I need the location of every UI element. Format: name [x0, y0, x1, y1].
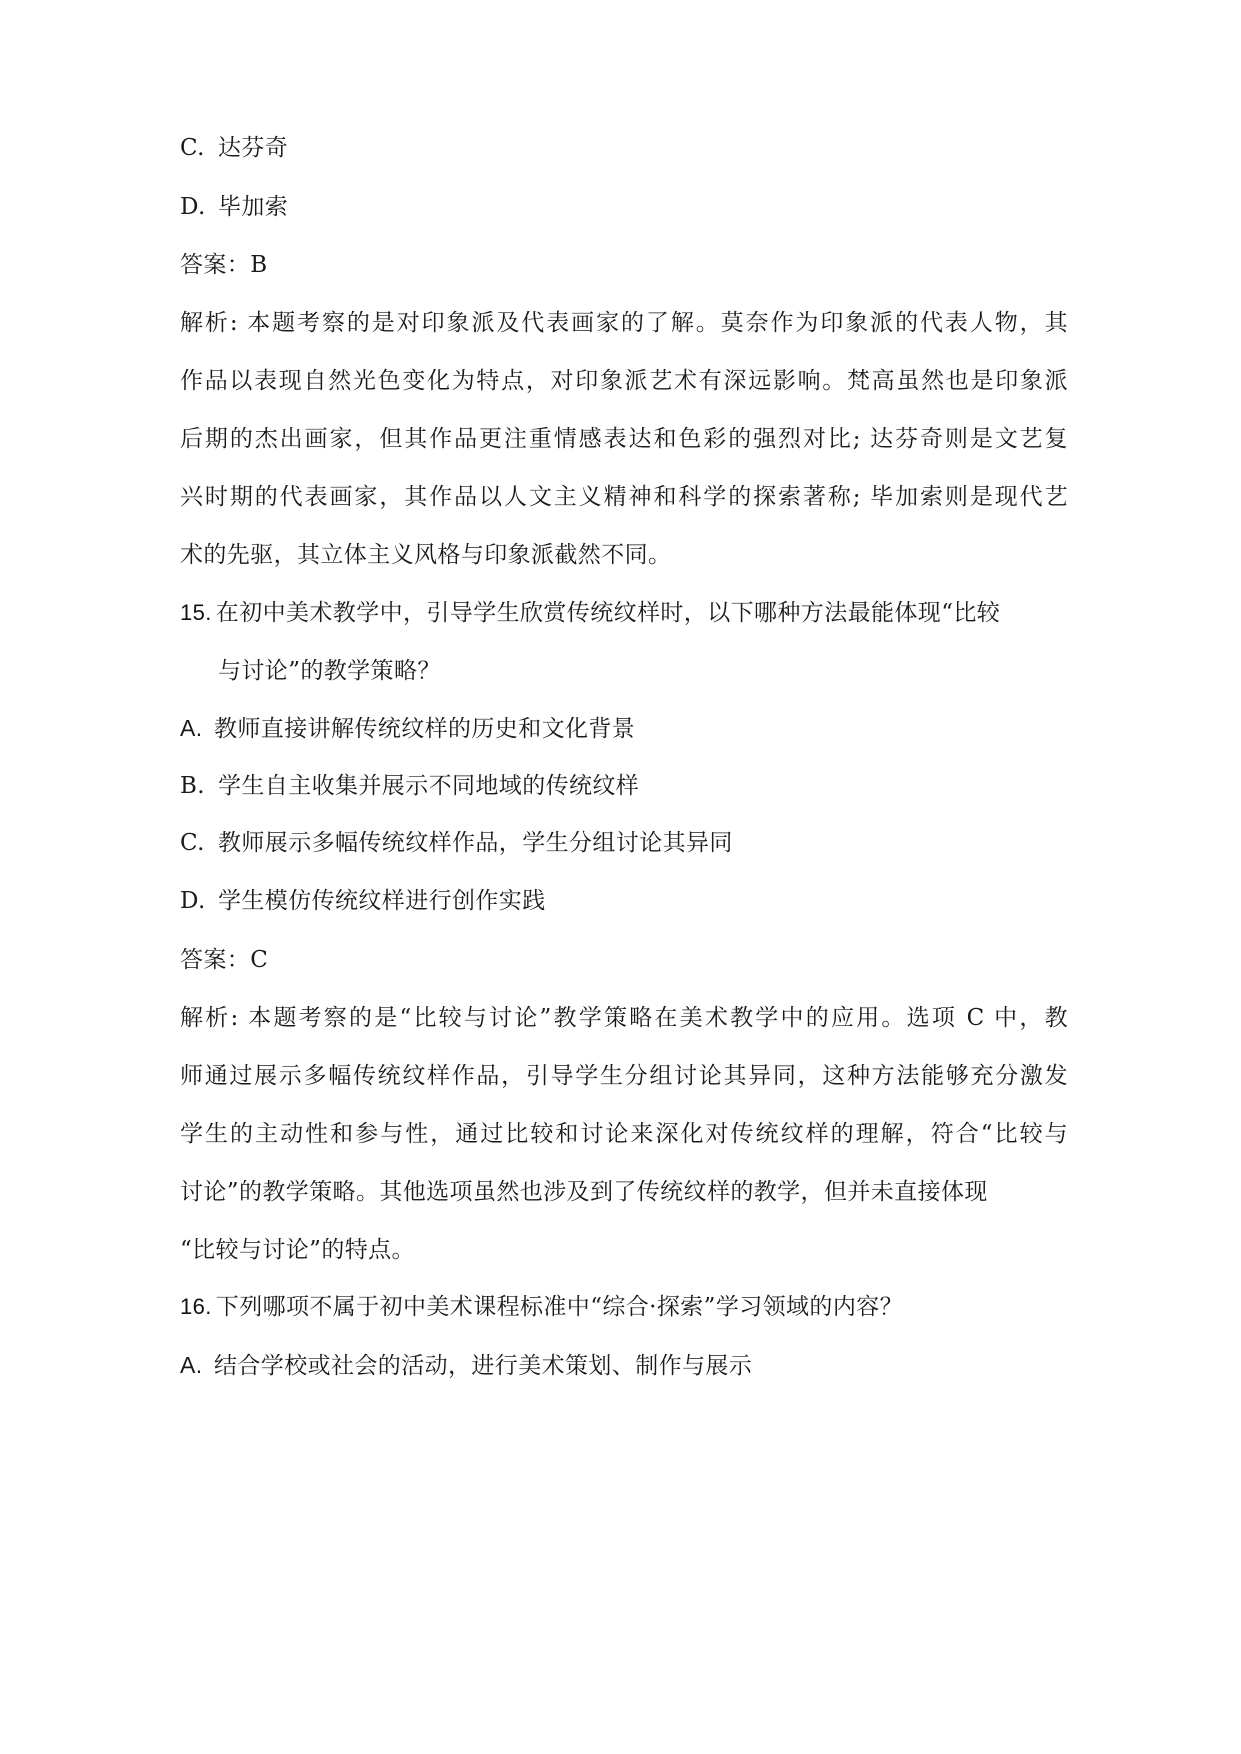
option-label: D. [180, 187, 218, 227]
question-15-stem-cont: 与讨论”的教学策略？ [218, 651, 1118, 691]
analysis-line: 师通过展示多幅传统纹样作品，引导学生分组讨论其异同，这种方法能够充分激发 [180, 1056, 1068, 1096]
option-d: D.学生模仿传统纹样进行创作实践 [180, 881, 1080, 921]
document-page: C.达芬奇 D.毕加索 答案：B 解析: 本题考察的是对印象派及代表画家的了解。… [0, 0, 1241, 1754]
option-text: 教师展示多幅传统纹样作品，学生分组讨论其异同 [218, 830, 733, 856]
option-label: D. [180, 881, 218, 921]
option-label: A. [180, 1345, 214, 1385]
option-text: 毕加索 [218, 194, 288, 220]
option-label: C. [180, 823, 218, 863]
analysis-line: “比较与讨论”的特点。 [180, 1230, 1080, 1270]
analysis-line: 学生的主动性和参与性，通过比较和讨论来深化对传统纹样的理解，符合“比较与 [180, 1114, 1068, 1154]
analysis-line: 作品以表现自然光色变化为特点，对印象派艺术有深远影响。梵高虽然也是印象派 [180, 361, 1068, 401]
question-number: 16. [180, 1294, 212, 1319]
option-label: A. [180, 708, 214, 748]
option-d: D.毕加索 [180, 187, 1080, 227]
question-16-stem: 16.下列哪项不属于初中美术课程标准中“综合·探索”学习领域的内容？ [180, 1287, 1080, 1327]
option-text: 教师直接讲解传统纹样的历史和文化背景 [214, 716, 635, 742]
analysis-line: 解析: 本题考察的是对印象派及代表画家的了解。莫奈作为印象派的代表人物，其 [180, 303, 1068, 343]
question-number: 15. [180, 600, 212, 625]
option-c: C.教师展示多幅传统纹样作品，学生分组讨论其异同 [180, 823, 1080, 863]
question-text: 下列哪项不属于初中美术课程标准中“综合·探索”学习领域的内容？ [216, 1294, 903, 1320]
analysis-line: 兴时期的代表画家，其作品以人文主义精神和科学的探索著称; 毕加索则是现代艺 [180, 477, 1068, 517]
option-a: A.教师直接讲解传统纹样的历史和文化背景 [180, 708, 1080, 748]
option-label: C. [180, 128, 218, 168]
answer-line: 答案：C [180, 940, 1080, 980]
option-label: B. [180, 766, 218, 806]
question-text: 在初中美术教学中，引导学生欣赏传统纹样时，以下哪种方法最能体现“比较 [216, 600, 1000, 626]
question-15-stem: 15.在初中美术教学中，引导学生欣赏传统纹样时，以下哪种方法最能体现“比较 [180, 593, 1080, 633]
analysis-line: 后期的杰出画家，但其作品更注重情感表达和色彩的强烈对比; 达芬奇则是文艺复 [180, 419, 1068, 459]
option-b: B.学生自主收集并展示不同地域的传统纹样 [180, 766, 1080, 806]
analysis-line: 术的先驱，其立体主义风格与印象派截然不同。 [180, 535, 1080, 575]
analysis-line: 解析: 本题考察的是“比较与讨论”教学策略在美术教学中的应用。选项 C 中，教 [180, 998, 1068, 1038]
option-text: 学生模仿传统纹样进行创作实践 [218, 888, 546, 914]
option-c: C.达芬奇 [180, 128, 1080, 168]
answer-line: 答案：B [180, 245, 1080, 285]
option-a: A.结合学校或社会的活动，进行美术策划、制作与展示 [180, 1345, 1080, 1385]
option-text: 结合学校或社会的活动，进行美术策划、制作与展示 [214, 1353, 752, 1379]
analysis-line: 讨论”的教学策略。其他选项虽然也涉及到了传统纹样的教学，但并未直接体现 [180, 1172, 1080, 1212]
option-text: 达芬奇 [218, 135, 288, 161]
option-text: 学生自主收集并展示不同地域的传统纹样 [218, 773, 639, 799]
